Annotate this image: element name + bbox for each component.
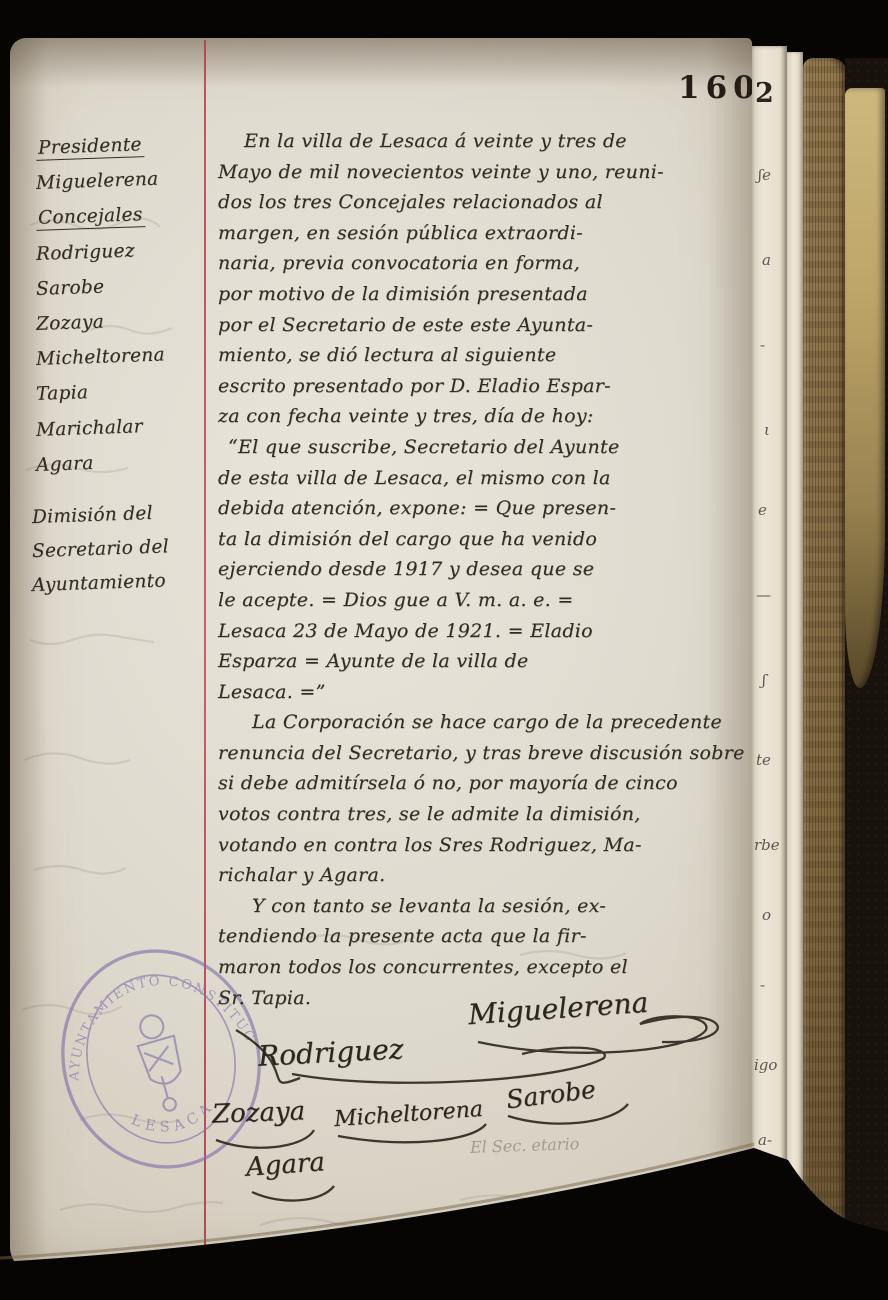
margin-name: Rodriguez: [35, 231, 201, 272]
body-line: ta la dimisión del cargo que ha venido: [218, 524, 766, 555]
margin-attendee-list: Presidente Miguelerena Concejales Rodrig…: [36, 128, 201, 480]
book-fore-edge: [803, 58, 847, 1243]
pencil-note-secretario: El Sec. etario: [470, 1134, 580, 1157]
book-photo: AYUNTAMIENTO CONSTITUCIONAL DE LESACA 16…: [0, 0, 888, 1300]
margin-subject-note: Dimisión del Secretario del Ayuntamiento: [32, 498, 207, 600]
margin-name: Sarobe: [35, 266, 201, 307]
body-line: maron todos los concurrentes, excepto el: [218, 952, 766, 983]
body-line: escrito presentado por D. Eladio Espar-: [218, 371, 766, 402]
body-line: En la villa de Lesaca á veinte y tres de: [218, 126, 766, 157]
body-line: debida atención, expone: = Que presen-: [218, 493, 766, 524]
margin-name: Zozaya: [35, 301, 201, 342]
body-line: de esta villa de Lesaca, el mismo con la: [218, 463, 766, 494]
edge-ink-fragment: te: [756, 751, 771, 769]
body-line: naria, previa convocatoria en forma,: [218, 248, 766, 279]
body-line: richalar y Agara.: [218, 860, 766, 891]
body-line: margen, en sesión pública extraordi-: [218, 218, 766, 249]
stamp-coat-of-arms: [131, 1011, 194, 1115]
body-line: tendiendo la presente acta que la fir-: [218, 921, 766, 952]
edge-ink-fragment: ʃ: [762, 671, 766, 689]
edge-ink-fragment: o: [762, 906, 771, 924]
body-line: Lesaca 23 de Mayo de 1921. = Eladio: [218, 616, 766, 647]
body-line: Y con tanto se levanta la sesión, ex-: [218, 891, 766, 922]
edge-ink-fragment: —: [756, 586, 771, 604]
margin-name: Marichalar: [35, 407, 201, 448]
body-line: votando en contra los Sres Rodriguez, Ma…: [218, 830, 766, 861]
body-line: renuncia del Secretario, y tras breve di…: [218, 738, 766, 769]
worn-cover-corner: [845, 88, 885, 688]
edge-ink-fragment: -: [760, 976, 765, 994]
margin-header-concejales: Concejales: [35, 196, 201, 237]
edge-ink-fragment: -: [760, 336, 765, 354]
body-line: za con fecha veinte y tres, día de hoy:: [218, 401, 766, 432]
edge-ink-fragment: ι: [764, 421, 770, 439]
body-line: por el Secretario de este este Ayunta-: [218, 310, 766, 341]
edge-ink-fragment: ʃe: [758, 166, 771, 184]
body-line: Esparza = Ayunte de la villa de: [218, 646, 766, 677]
edge-ink-fragment: a-: [758, 1131, 772, 1149]
body-line: Mayo de mil novecientos veinte y uno, re…: [218, 157, 766, 188]
acta-body-text: En la villa de Lesaca á veinte y tres de…: [218, 126, 766, 1013]
edge-ink-fragment: rbe: [754, 836, 780, 854]
body-line: por motivo de la dimisión presentada: [218, 279, 766, 310]
margin-name: Agara: [35, 442, 201, 483]
body-line: ejerciendo desde 1917 y desea que se: [218, 554, 766, 585]
body-line: miento, se dió lectura al siguiente: [218, 340, 766, 371]
body-line: votos contra tres, se le admite la dimis…: [218, 799, 766, 830]
adjacent-page-number: 2: [755, 78, 774, 109]
body-line: Lesaca. =”: [218, 677, 766, 708]
edge-ink-fragment: a: [762, 251, 771, 269]
page-number: 160: [678, 70, 761, 106]
body-line: dos los tres Concejales relacionados al: [218, 187, 766, 218]
body-line: La Corporación se hace cargo de la prece…: [218, 707, 766, 738]
signature-agara: Agara: [245, 1147, 326, 1182]
edge-ink-fragment: igo: [754, 1056, 777, 1074]
edge-ink-fragment: e: [758, 501, 767, 519]
signature-zozaya: Zozaya: [212, 1096, 306, 1129]
body-line: si debe admitírsela ó no, por mayoría de…: [218, 768, 766, 799]
body-line: “El que suscribe, Secretario del Ayunte: [218, 432, 766, 463]
under-page-edge-1: 2 ʃe a - ι e — ʃ te rbe o - igo a- e: [752, 46, 787, 1226]
body-line: le acepte. = Dios gue a V. m. a. e. =: [218, 585, 766, 616]
margin-name: Tapia: [35, 371, 201, 412]
margin-header-presidente: Presidente: [35, 125, 201, 166]
under-page-edge-2: [787, 52, 803, 1220]
edge-ink-fragment: e: [762, 1191, 771, 1209]
